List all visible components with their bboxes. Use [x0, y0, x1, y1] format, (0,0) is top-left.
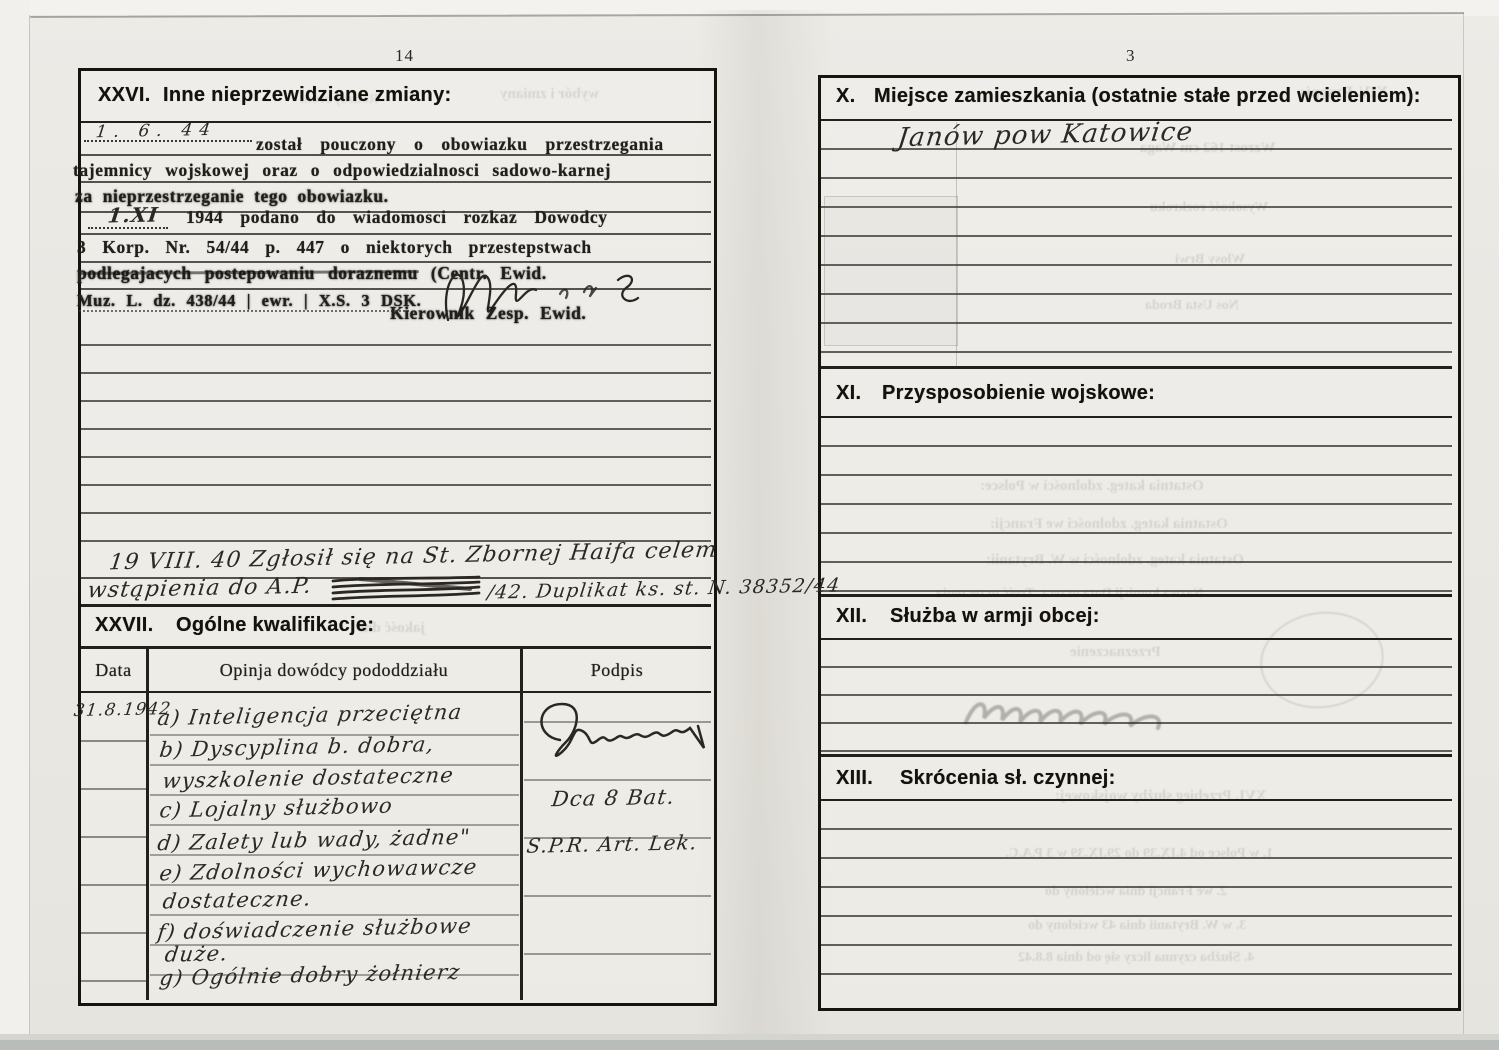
scan-bottom-edge	[0, 1040, 1499, 1050]
handwritten-entry-line2: wstąpienia do A.P.	[86, 574, 313, 604]
dotted-leader	[79, 310, 409, 312]
section-xi-title: Przysposobienie wojskowe:	[882, 382, 1155, 405]
blank-ruled-lines	[81, 318, 711, 550]
typed-line: 1944 podano do wiadomosci rozkaz Dowodcy	[186, 207, 608, 228]
handwritten-date: 1. 6. 44	[95, 120, 219, 143]
ghost-text: jakość dni	[360, 620, 425, 637]
paper-edge-right	[1463, 12, 1464, 1040]
ghost-text: wybór i zmiany	[500, 86, 599, 103]
ghost-photo-frame	[824, 196, 958, 346]
signature-unit-line: Dca 8 Bat.	[550, 785, 676, 812]
ruled-line	[81, 154, 711, 156]
rule	[821, 754, 1452, 757]
typed-line: 3 Korp. Nr. 54/44 p. 447 o niektorych pr…	[77, 237, 592, 258]
ruled-line	[81, 233, 711, 235]
rule	[821, 594, 1452, 597]
section-xii-title: Służba w armji obcej:	[890, 605, 1100, 628]
ghost-text: Wysokość rozkroku	[1150, 200, 1268, 216]
section-xi-number: XI.	[836, 382, 861, 405]
page-number-left: 14	[395, 46, 414, 66]
scan-left-margin	[0, 0, 30, 1050]
opinion-line: dostateczne.	[161, 886, 313, 913]
ghost-text: Ostatnia kateg. zdolności w W. Brytanii:	[986, 552, 1244, 569]
ghost-text: Wzrost 162 cm Waga	[1140, 140, 1276, 157]
crossed-out-scribble	[330, 573, 482, 603]
dotted-leader	[88, 227, 168, 229]
column-header-data: Data	[81, 660, 146, 681]
ghost-text: Ostatnia kateg. zdolności we Francji:	[990, 516, 1228, 533]
ghost-text: 2. we Francji dnia wcielony do	[1045, 884, 1227, 900]
ghost-column-divider	[956, 122, 957, 366]
ghost-text: Włosy Brwi	[1175, 252, 1245, 268]
opinion-line: duże.	[163, 941, 229, 966]
rule	[81, 604, 711, 607]
ghost-text: Przeznaczenie	[1070, 644, 1161, 661]
ghost-text: XIV. Rysopis	[1300, 84, 1388, 102]
section-xiii-number: XIII.	[836, 767, 873, 790]
ghost-signature-smudge	[960, 688, 1180, 734]
ruled-line	[81, 181, 711, 183]
date-column-lines	[81, 694, 146, 994]
section-xxvi-number: XXVI.	[98, 84, 151, 107]
rule	[821, 366, 1452, 369]
page-number-right: 3	[1126, 46, 1136, 66]
section-xxvi-title: Inne nieprzewidziane zmiany:	[163, 84, 451, 107]
typed-line: tajemnicy wojskowej oraz o odpowiedzialn…	[73, 160, 611, 181]
table-divider	[520, 649, 523, 1000]
opinion-line: c) Lojalny służbowo	[158, 794, 394, 823]
ghost-text: 3. w W. Brytanii dnia 43 wcielony do	[1028, 918, 1246, 934]
ghost-text: XVI. Przebieg służby wojskowej:	[1055, 788, 1267, 805]
section-xiii-title: Skrócenia sł. czynnej:	[900, 767, 1116, 790]
section-x-number: X.	[836, 85, 856, 108]
signature-school-line: S.P.R. Art. Lek.	[525, 830, 699, 858]
signature-scribble-commander	[528, 696, 712, 778]
handwritten-opinion-date: 31.8.1942	[73, 699, 173, 721]
rule	[81, 646, 711, 649]
section-xii-number: XII.	[836, 605, 867, 628]
ghost-text: Ostatnia kateg. zdolności w Polsce:	[980, 478, 1204, 495]
section-xxvii-title: Ogólne kwalifikacje:	[176, 614, 374, 637]
handwritten-date: 1.XI	[106, 202, 160, 227]
section-xxvii-number: XXVII.	[95, 614, 154, 637]
typed-line: został pouczony o obowiazku przestrzegan…	[256, 134, 664, 155]
dotted-leader	[84, 140, 252, 142]
scanned-military-service-book: 14 wybór i zmiany Rodzaj broni XXVI. Inn…	[0, 0, 1499, 1050]
ghost-text: 1. w Polsce od 4.IX.39 do 29.IX.39 w 3 P…	[1005, 846, 1273, 862]
paper-edge-left	[29, 15, 30, 1035]
ghost-text: 4. Służba czynna liczy się od dnia 8.8.4…	[1018, 950, 1254, 966]
typed-line: Muz. L. dz. 438/44 | ewr. | X.S. 3 DSK.	[77, 291, 421, 311]
section-xiii-lines	[821, 801, 1452, 1001]
ghost-text: Nos Usta Broda	[1145, 298, 1239, 314]
column-header-opinion: Opinja dowódcy pododdziału	[149, 660, 519, 681]
